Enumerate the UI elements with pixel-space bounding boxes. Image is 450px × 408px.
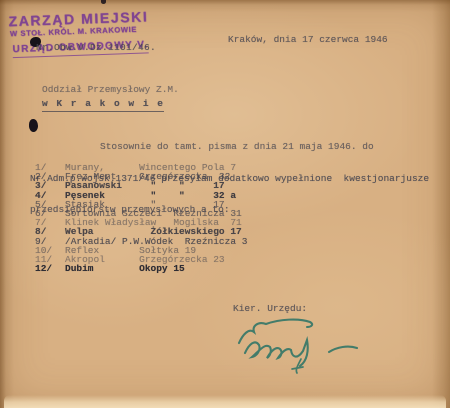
item-number: 7/ [35, 217, 65, 226]
document-page: ZARZĄD MIEJSKI W STOŁ. KRÓL. M. KRAKOWIE… [0, 0, 450, 408]
item-text: Murany, Wincentego Pola 7 [65, 162, 236, 171]
list-item: 9//Arkadia/ P.W.Wódek Rzeźnicza 3 [35, 236, 247, 245]
item-number: 6/ [35, 208, 65, 217]
item-text: Welpa Żółkiewskiego 17 [65, 226, 242, 235]
item-text: Sortownia Szczeci Rzeźnicza 31 [65, 208, 242, 217]
list-item: 2/Frez-Ment Grzegórzecka 32 [35, 171, 247, 180]
item-text: Akropol Grzegórzecka 23 [65, 254, 225, 263]
addressee-department: Oddział Przemysłowy Z.M. [42, 85, 179, 96]
list-item: 4/Pęsenek " " 32 a [35, 190, 247, 199]
reference-number: Nr.Obw.V.Dz.1101/46. [36, 43, 156, 54]
item-text: /Arkadia/ P.W.Wódek Rzeźnicza 3 [65, 236, 247, 245]
item-number: 1/ [35, 162, 65, 171]
item-number: 10/ [35, 245, 65, 254]
item-text: Stasiak " 17 [65, 199, 225, 208]
list-item: 11/Akropol Grzegórzecka 23 [35, 254, 247, 263]
item-text: Klinek Władysław Mogilska 71 [65, 217, 242, 226]
addressee-city: w K r a k o w i e [42, 99, 164, 112]
enumerated-list: 1/Murany, Wincentego Pola 7 2/Frez-Ment … [35, 162, 247, 272]
signature-label: Kier. Urzędu: [233, 304, 307, 315]
item-text: Pasanowski " " 17 [65, 180, 225, 189]
list-item: 12/Dubim Okopy 15 [35, 263, 247, 272]
item-text: Pęsenek " " 32 a [65, 190, 236, 199]
item-number: 2/ [35, 171, 65, 180]
list-item: 3/Pasanowski " " 17 [35, 180, 247, 189]
list-item: 5/Stasiak " 17 [35, 199, 247, 208]
item-number: 9/ [35, 236, 65, 245]
list-item: 7/Klinek Władysław Mogilska 71 [35, 217, 247, 226]
list-item: 8/Welpa Żółkiewskiego 17 [35, 226, 247, 235]
item-text: Dubim Okopy 15 [65, 263, 185, 272]
item-number: 5/ [35, 199, 65, 208]
item-number: 11/ [35, 254, 65, 263]
list-item: 6/Sortownia Szczeci Rzeźnicza 31 [35, 208, 247, 217]
paper-speck [101, 0, 106, 4]
item-text: Frez-Ment Grzegórzecka 32 [65, 171, 230, 180]
item-number: 4/ [35, 190, 65, 199]
item-number: 3/ [35, 180, 65, 189]
list-item: 10/Reflex Sołtyka 19 [35, 245, 247, 254]
item-number: 12/ [35, 263, 65, 272]
item-number: 8/ [35, 226, 65, 235]
page-bottom-edge [4, 395, 446, 408]
item-text: Reflex Sołtyka 19 [65, 245, 196, 254]
list-item: 1/Murany, Wincentego Pola 7 [35, 162, 247, 171]
paragraph-line: Stosownie do tamt. pisma z dnia 21 maja … [30, 142, 429, 153]
dateline: Kraków, dnia 17 czerwca 1946 [228, 35, 388, 46]
